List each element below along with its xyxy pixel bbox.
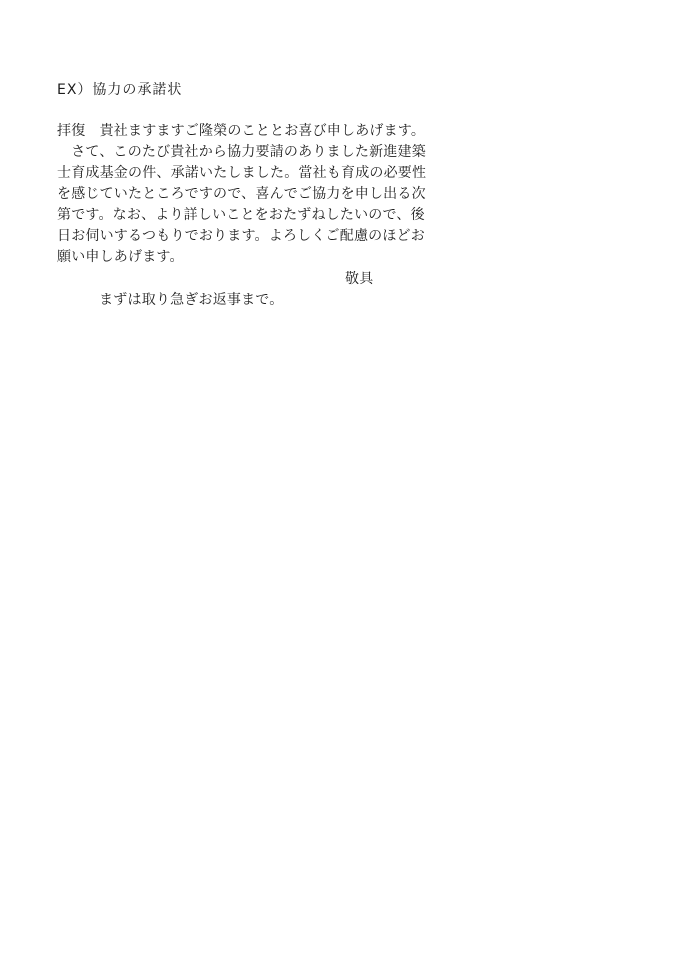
body-line-4: を感じていたところですので、喜んでご協力を申し出る次 — [57, 184, 617, 205]
body-line-3: 士育成基金の件、承諾いたしました。當社も育成の必要性 — [57, 163, 617, 184]
letter-body: 拝復 貴社ますますご隆榮のこととお喜び申しあげます。 さて、このたび貴社から協力… — [57, 121, 617, 290]
body-line-6: 日お伺いするつもりでおります。よろしくご配慮のほどお — [57, 226, 617, 247]
body-line-7: 願い申しあげます。 — [57, 247, 617, 268]
body-line-2: さて、このたび貴社から協力要請のありました新進建築 — [57, 142, 617, 163]
body-line-5: 第です。なお、より詳しいことをおたずねしたいので、後 — [57, 205, 617, 226]
body-line-1: 拝復 貴社ますますご隆榮のこととお喜び申しあげます。 — [57, 121, 617, 142]
document-page: EX）協力の承諾状 拝復 貴社ますますご隆榮のこととお喜び申しあげます。 さて、… — [0, 0, 680, 962]
closing-row: まずは取り急ぎお返事まで。 敬具 — [57, 269, 617, 290]
closing-salutation: 敬具 — [345, 269, 373, 290]
document-title: EX）協力の承諾状 — [57, 82, 182, 98]
body-line-8: まずは取り急ぎお返事まで。 — [85, 292, 284, 308]
